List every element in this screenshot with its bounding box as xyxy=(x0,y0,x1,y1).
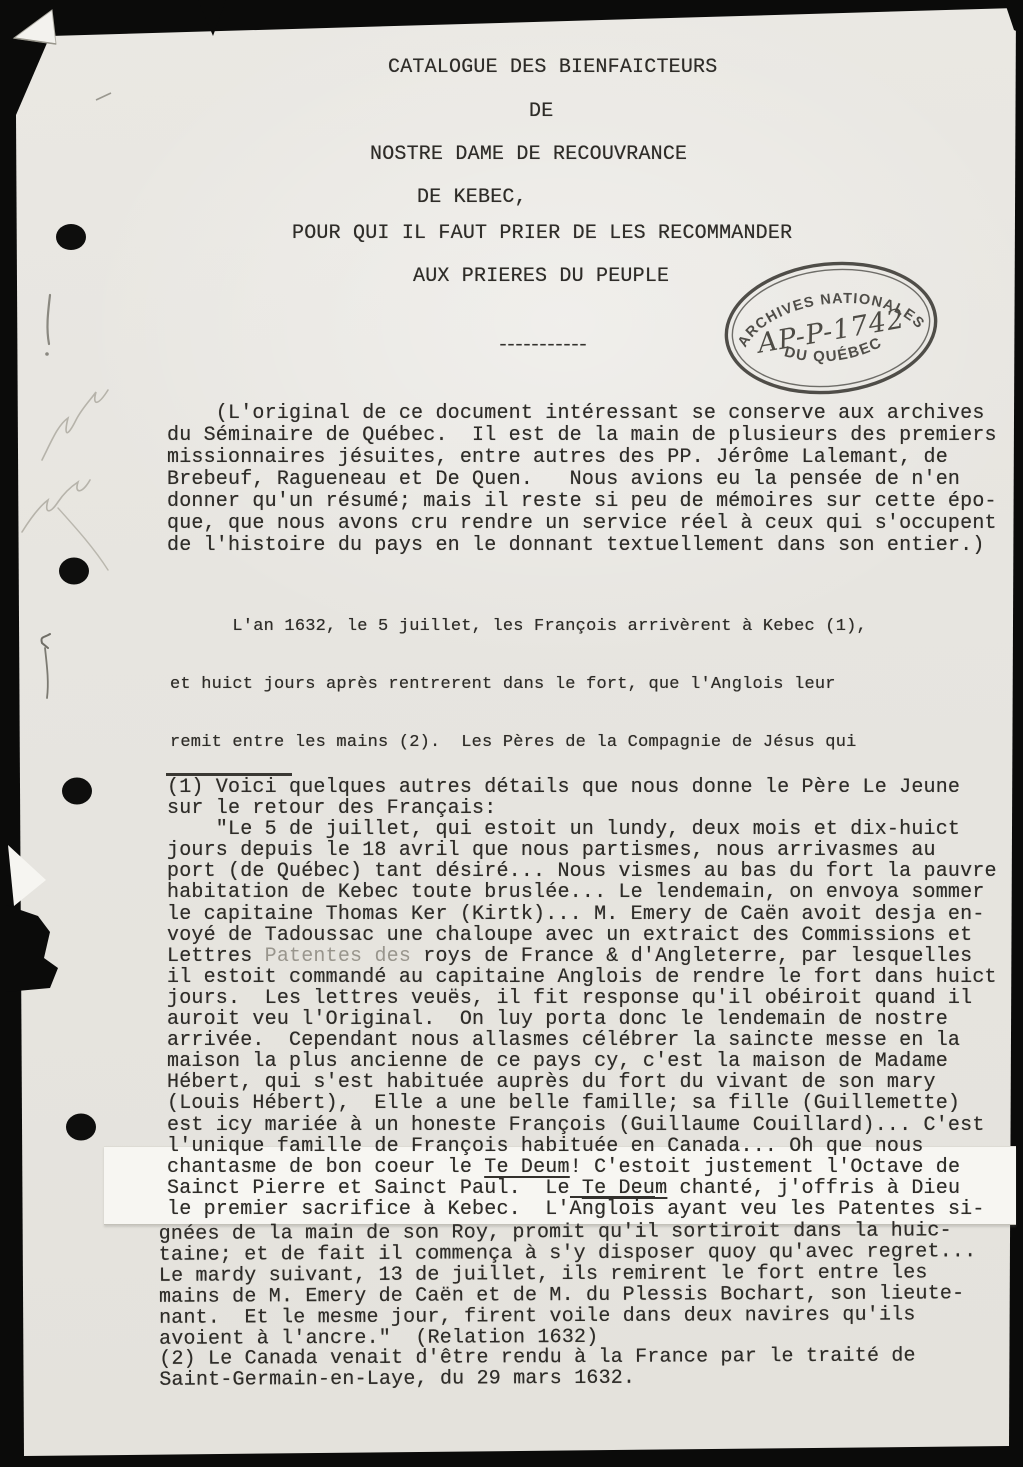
footnote-line: voyé de Tadoussac une chaloupe avec un e… xyxy=(167,925,997,946)
text-line: de l'histoire du pays en le donnant text… xyxy=(167,535,997,557)
footnote-line: port (de Québec) tant désiré... Nous vis… xyxy=(167,861,997,882)
faded-text-segment: Patentes des xyxy=(265,945,424,968)
text-segment: le premier sacrifice à Kebec. L' xyxy=(167,1198,570,1221)
footnote-line: (1) Voici quelques autres détails que no… xyxy=(167,777,997,798)
text-line: du Séminaire de Québec. Il est de la mai… xyxy=(167,425,997,447)
footnote-line: jours. Les lettres veuës, il fit respons… xyxy=(167,988,997,1009)
footnote-line: sur le retour des Français: xyxy=(167,798,997,819)
title-line-6: AUX PRIERES DU PEUPLE xyxy=(413,267,669,287)
text-segment: Sainct Pierre et Sainct Paul. Le xyxy=(167,1177,582,1200)
stamp-oval-icon: ARCHIVES NATIONALES DU QUÉBEC AP-P-1742 xyxy=(698,235,963,420)
text-line: que, que nous avons cru rendre un servic… xyxy=(167,513,997,535)
body-line-2: et huict jours après rentrerent dans le … xyxy=(170,676,836,694)
text-line: (L'original de ce document intéressant s… xyxy=(167,403,997,425)
archives-stamp: ARCHIVES NATIONALES DU QUÉBEC AP-P-1742 xyxy=(698,235,963,420)
title-line-4: DE KEBEC, xyxy=(417,188,527,208)
text-line: donner qu'un résumé; mais il reste si pe… xyxy=(167,491,997,513)
text-segment: ! C'estoit justement l'Octave de xyxy=(570,1156,960,1179)
footnote-line: "Le 5 de juillet, qui estoit un lundy, d… xyxy=(167,819,997,840)
footnote-line: habitation de Kebec toute bruslée... Le … xyxy=(167,882,997,903)
footnote-line-anglois: le premier sacrifice à Kebec. L'Anglois … xyxy=(167,1199,997,1220)
text-line: missionnaires jésuites, entre autres des… xyxy=(167,447,997,469)
footnote-line: le capitaine Thomas Ker (Kirtk)... M. Em… xyxy=(167,904,997,925)
footnote-line-te-deum: chantasme de bon coeur le Te Deum! C'est… xyxy=(167,1157,997,1178)
title-separator-dashes: ----------- xyxy=(497,336,585,356)
underlined-te-deum: Te Deum xyxy=(484,1156,569,1179)
footnote-line: est icy mariée à un honeste François (Gu… xyxy=(167,1115,997,1136)
text-segment: Lettres xyxy=(167,945,265,968)
footnote-line: auroit veu l'Original. On luy porta donc… xyxy=(167,1009,997,1030)
footnote-line: (Louis Hébert), Elle a une belle famille… xyxy=(167,1093,997,1114)
title-line-5: POUR QUI IL FAUT PRIER DE LES RECOMMANDE… xyxy=(292,224,792,244)
footnote-line: arrivée. Cependant nous allasmes célébre… xyxy=(167,1030,997,1051)
text-segment: chantasme de bon coeur le xyxy=(167,1156,484,1179)
text-line: Brebeuf, Ragueneau et De Quen. Nous avio… xyxy=(167,469,997,491)
title-line-3: NOSTRE DAME DE RECOUVRANCE xyxy=(370,145,687,165)
footnote-block: (1) Voici quelques autres détails que no… xyxy=(167,777,997,1220)
footnote-block-below-crease: gnées de la main de son Roy, promit qu'i… xyxy=(159,1221,977,1392)
body-line-1: L'an 1632, le 5 juillet, les François ar… xyxy=(170,618,867,636)
footnote-line: maison la plus ancienne de ce pays cy, c… xyxy=(167,1051,997,1072)
intro-paragraph: (L'original de ce document intéressant s… xyxy=(167,403,997,557)
title-line-2: DE xyxy=(529,102,553,122)
body-line-3: remit entre les mains (2). Les Pères de … xyxy=(170,734,857,752)
footnote-line: jours depuis le 18 avril que nous partis… xyxy=(167,840,997,861)
top-edge-tear xyxy=(198,0,226,36)
footnote-line: Saint-Germain-en-Laye, du 29 mars 1632. xyxy=(159,1368,977,1392)
footnote-line: l'unique famille de François habituée en… xyxy=(167,1136,997,1157)
text-segment: roys de France & d'Angleterre, par lesqu… xyxy=(423,945,972,968)
scanned-document: CATALOGUE DES BIENFAICTEURS DE NOSTRE DA… xyxy=(0,0,1023,1467)
footnote-line-faded-ink: Lettres Patentes des roys de France & d'… xyxy=(167,946,997,967)
footnote-line: Hébert, qui s'est habituée auprès du for… xyxy=(167,1072,997,1093)
title-line-1: CATALOGUE DES BIENFAICTEURS xyxy=(388,58,717,78)
overlined-anglois: Anglois xyxy=(570,1196,655,1221)
footnote-line: il estoit commandé au capitaine Anglois … xyxy=(167,967,997,988)
text-segment: chanté, j'offris à Dieu xyxy=(667,1177,960,1200)
text-segment: ayant veu les Patentes si- xyxy=(655,1198,984,1221)
